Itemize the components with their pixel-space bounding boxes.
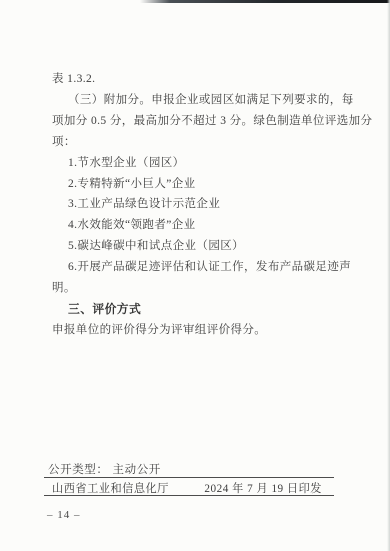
list-item: 2.专精特新“小巨人”企业 [52, 174, 358, 195]
list-item-continuation: 明。 [52, 278, 358, 299]
list-item: 1.节水型企业（园区） [52, 153, 358, 174]
page-number: – 14 – [47, 509, 81, 521]
footer-divider-top [44, 477, 334, 478]
paragraph-line: 申报单位的评价得分为评审组评价得分。 [52, 320, 358, 341]
list-item: 3.工业产品绿色设计示范企业 [52, 194, 358, 215]
list-item: 4.水效能效“领跑者”企业 [52, 215, 358, 236]
list-item: 6.开展产品碳足迹评估和认证工作，发布产品碳足迹声 [52, 257, 358, 278]
disclosure-type-value: 主动公开 [113, 464, 161, 476]
list-item: 5.碳达峰碳中和试点企业（园区） [52, 236, 358, 257]
document-body: 表 1.3.2. （三）附加分。申报企业或园区如满足下列要求的，每 项加分 0.… [52, 69, 358, 341]
table-reference: 表 1.3.2. [52, 69, 358, 90]
paragraph-line: （三）附加分。申报企业或园区如满足下列要求的，每 [52, 90, 358, 111]
issuing-agency: 山西省工业和信息化厅 [52, 480, 169, 496]
paragraph-line: 项： [52, 132, 358, 153]
section-heading: 三、评价方式 [52, 299, 358, 320]
paragraph-line: 项加分 0.5 分，最高加分不超过 3 分。绿色制造单位评选加分 [52, 111, 358, 132]
issue-date: 2024 年 7 月 19 日印发 [204, 480, 322, 496]
disclosure-type-label: 公开类型： [48, 464, 109, 476]
disclosure-type-row: 公开类型：主动公开 [48, 461, 161, 477]
issuer-row: 山西省工业和信息化厅 2024 年 7 月 19 日印发 [52, 480, 322, 496]
footer-divider-bottom [44, 495, 334, 496]
document-page: 表 1.3.2. （三）附加分。申报企业或园区如满足下列要求的，每 项加分 0.… [0, 0, 390, 551]
scan-artifact-top-edge [140, 0, 390, 3]
